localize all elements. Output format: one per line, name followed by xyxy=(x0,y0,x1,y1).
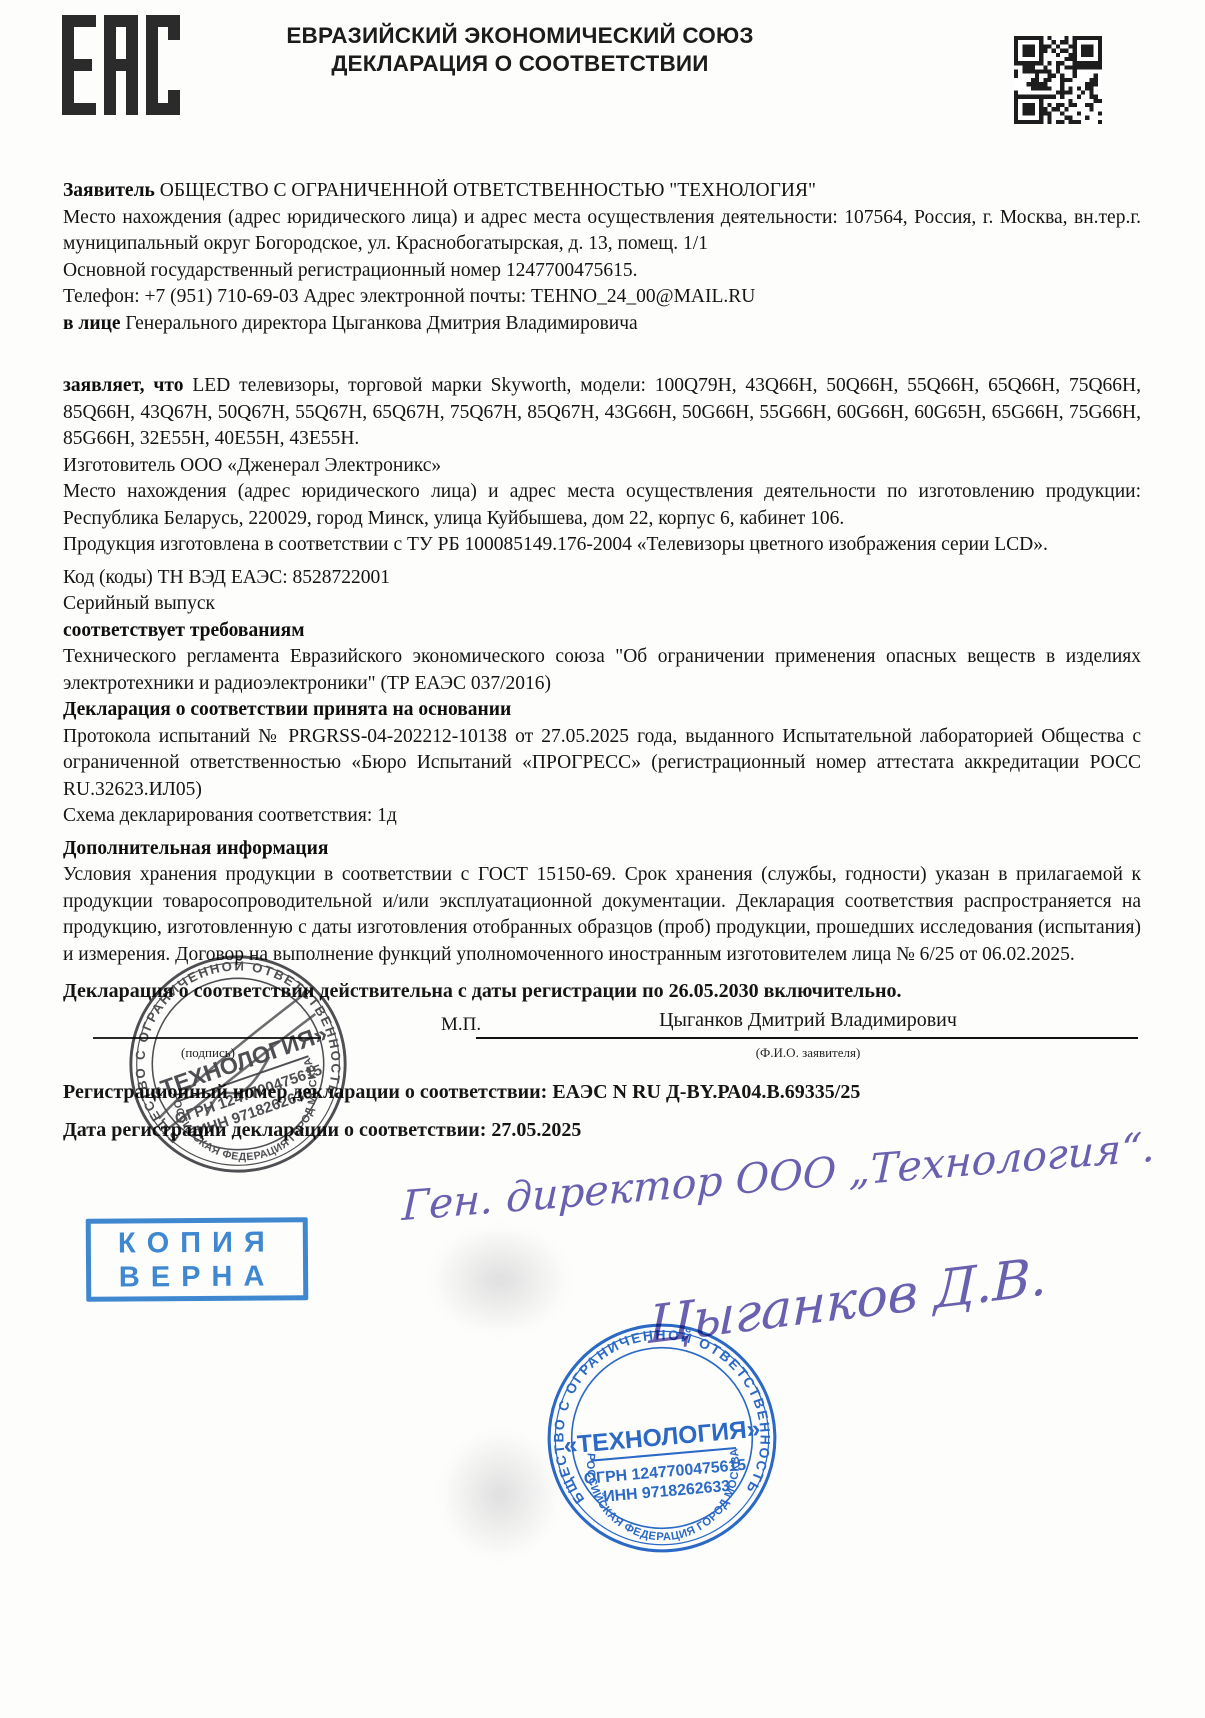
tnved-code-line: Код (коды) ТН ВЭД ЕАЭС: 8528722001 xyxy=(63,565,1141,592)
applicant-ogrn: Основной государственный регистрационный… xyxy=(63,258,1141,285)
issue-type-line: Серийный выпуск xyxy=(63,591,1141,618)
basis-protocol: Протокола испытаний № PRGRSS-04-202212-1… xyxy=(63,724,1141,804)
eac-logo xyxy=(62,15,180,115)
applicant-fio: Цыганков Дмитрий Владимирович xyxy=(478,1007,1138,1034)
fio-line xyxy=(476,1037,1138,1039)
manufacturer-line: Изготовитель ООО «Дженерал Электроникс» xyxy=(63,453,1141,480)
document-title: ЕВРАЗИЙСКИЙ ЭКОНОМИЧЕСКИЙ СОЮЗ ДЕКЛАРАЦИ… xyxy=(240,22,800,78)
applicant-name: ОБЩЕСТВО С ОГРАНИЧЕННОЙ ОТВЕТСТВЕННОСТЬЮ… xyxy=(155,180,816,201)
additional-heading: Дополнительная информация xyxy=(63,836,1141,863)
compliance-heading: соответствует требованиям xyxy=(63,618,1141,645)
basis-scheme: Схема декларирования соответствия: 1д xyxy=(63,803,1141,830)
applicant-label: Заявитель xyxy=(63,180,155,201)
compliance-text: Технического регламента Евразийского эко… xyxy=(63,644,1141,697)
declares-label: заявляет, что xyxy=(63,375,183,396)
copy-verna-stamp: КОПИЯ ВЕРНА xyxy=(86,1217,309,1302)
scan-artifact xyxy=(430,1225,570,1335)
title-line-1: ЕВРАЗИЙСКИЙ ЭКОНОМИЧЕСКИЙ СОЮЗ xyxy=(240,22,800,50)
applicant-line: Заявитель ОБЩЕСТВО С ОГРАНИЧЕННОЙ ОТВЕТС… xyxy=(63,178,1141,205)
tu-line: Продукция изготовлена в соответствии с Т… xyxy=(63,532,1141,559)
product-description: LED телевизоры, торговой марки Skyworth,… xyxy=(63,375,1141,449)
scan-artifact xyxy=(440,1430,560,1560)
product-declaration: заявляет, что LED телевизоры, торговой м… xyxy=(63,373,1141,453)
basis-heading: Декларация о соответствии принята на осн… xyxy=(63,697,1141,724)
applicant-person: в лице Генерального директора Цыганкова … xyxy=(63,311,1141,338)
mp-label: М.П. xyxy=(441,1012,481,1039)
fio-caption: (Ф.И.О. заявителя) xyxy=(478,1040,1138,1067)
copy-stamp-line2: ВЕРНА xyxy=(91,1259,303,1294)
in-person-name: Генерального директора Цыганкова Дмитрия… xyxy=(120,313,637,334)
in-person-label: в лице xyxy=(63,313,120,334)
applicant-contacts: Телефон: +7 (951) 710-69-03 Адрес электр… xyxy=(63,284,1141,311)
applicant-address: Место нахождения (адрес юридического лиц… xyxy=(63,205,1141,258)
title-line-2: ДЕКЛАРАЦИЯ О СООТВЕТСТВИИ xyxy=(240,50,800,78)
copy-stamp-line1: КОПИЯ xyxy=(91,1225,303,1260)
declaration-document: ЕВРАЗИЙСКИЙ ЭКОНОМИЧЕСКИЙ СОЮЗ ДЕКЛАРАЦИ… xyxy=(0,0,1205,1718)
handwritten-signature: Цыганков Д.В. xyxy=(647,1247,1047,1357)
manufacturer-address: Место нахождения (адрес юридического лиц… xyxy=(63,479,1141,532)
qr-code xyxy=(1014,34,1102,126)
